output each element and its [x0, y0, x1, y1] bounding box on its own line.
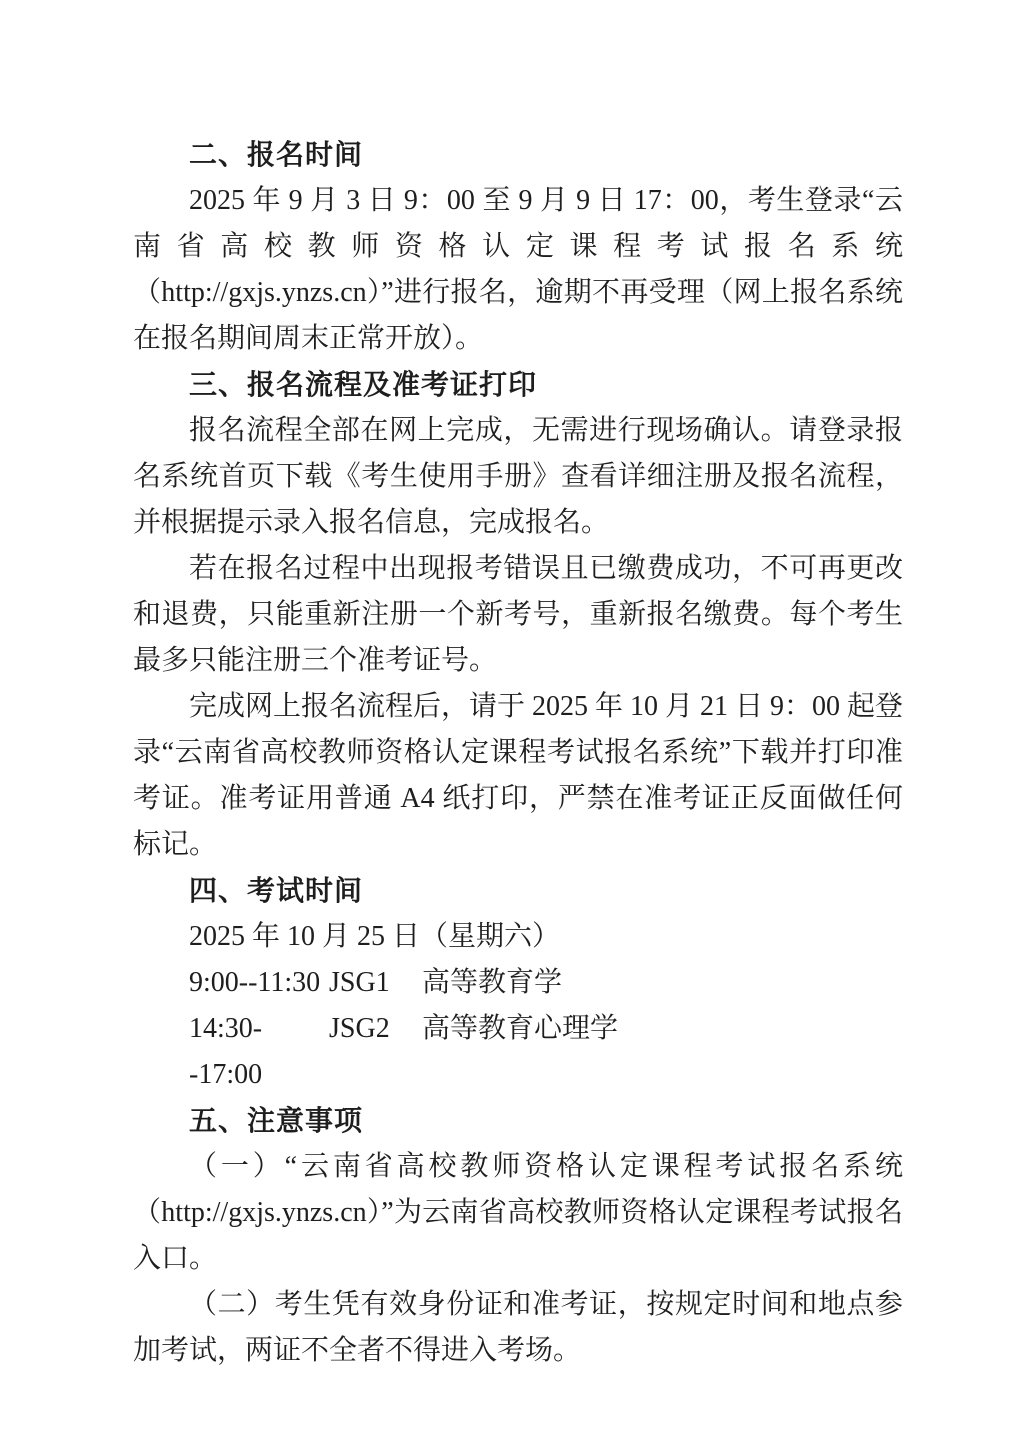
paragraph-registration-time: 2025 年 9 月 3 日 9：00 至 9 月 9 日 17：00，考生登录…	[133, 178, 903, 362]
section-heading-registration-time: 二、报名时间	[133, 132, 903, 178]
schedule-code: JSG1	[329, 960, 422, 1006]
schedule-time: 14:30--17:00	[189, 1006, 329, 1098]
schedule-row-morning: 9:00--11:30 JSG1 高等教育学	[133, 960, 903, 1006]
paragraph-process-admission-ticket: 完成网上报名流程后，请于 2025 年 10 月 21 日 9：00 起登录“云…	[133, 684, 903, 868]
paragraph-note-1: （一）“云南省高校教师资格认定课程考试报名系统（http://gxjs.ynzs…	[133, 1144, 903, 1282]
schedule-subject: 高等教育学	[422, 960, 903, 1006]
schedule-time: 9:00--11:30	[189, 960, 329, 1006]
paragraph-process-online: 报名流程全部在网上完成，无需进行现场确认。请登录报名系统首页下载《考生使用手册》…	[133, 408, 903, 546]
schedule-code: JSG2	[329, 1006, 422, 1098]
paragraph-note-2: （二）考生凭有效身份证和准考证，按规定时间和地点参加考试，两证不全者不得进入考场…	[133, 1282, 903, 1374]
schedule-subject: 高等教育心理学	[422, 1006, 903, 1098]
exam-date: 2025 年 10 月 25 日（星期六）	[133, 914, 903, 960]
document-body: 二、报名时间 2025 年 9 月 3 日 9：00 至 9 月 9 日 17：…	[133, 132, 903, 1374]
document-page: 二、报名时间 2025 年 9 月 3 日 9：00 至 9 月 9 日 17：…	[0, 0, 1024, 1448]
paragraph-process-error-policy: 若在报名过程中出现报考错误且已缴费成功，不可再更改和退费，只能重新注册一个新考号…	[133, 546, 903, 684]
section-heading-notes: 五、注意事项	[133, 1098, 903, 1144]
schedule-row-afternoon: 14:30--17:00 JSG2 高等教育心理学	[133, 1006, 903, 1098]
section-heading-registration-process: 三、报名流程及准考证打印	[133, 362, 903, 408]
section-heading-exam-time: 四、考试时间	[133, 868, 903, 914]
